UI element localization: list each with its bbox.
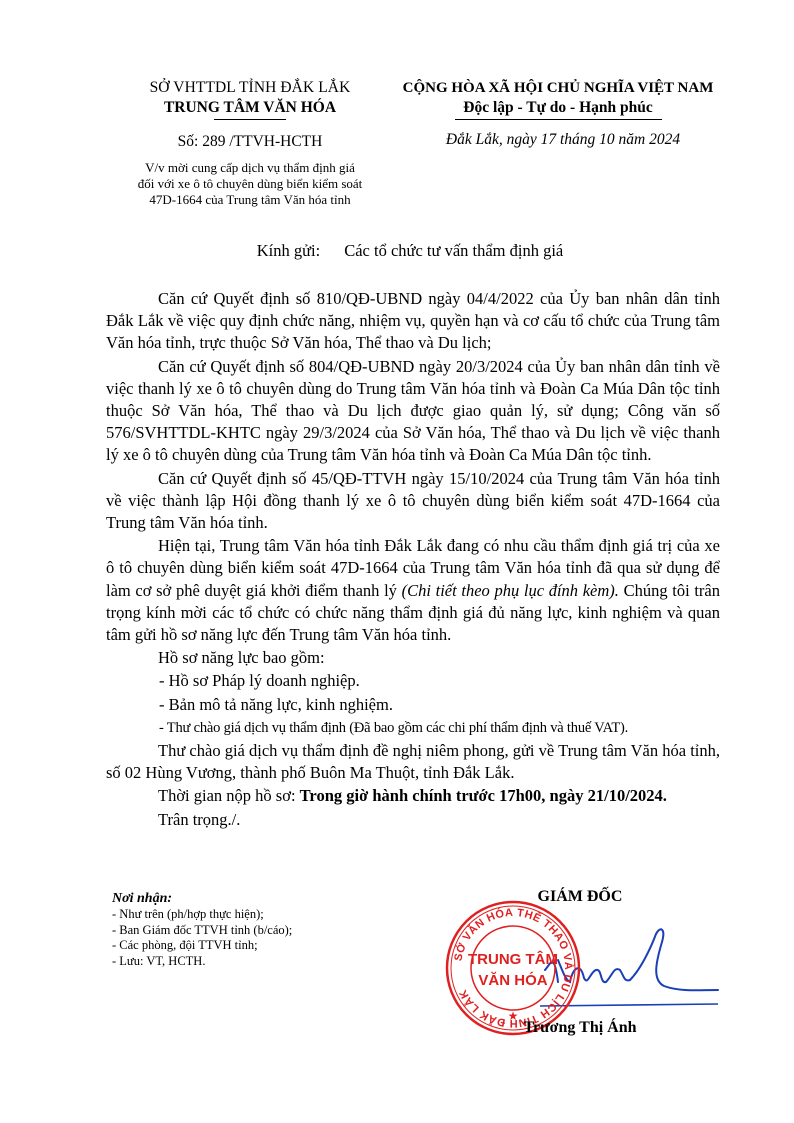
recipient-value: Các tổ chức tư vấn thẩm định giá	[344, 241, 563, 260]
distribution-item: - Các phòng, đội TTVH tỉnh;	[112, 938, 412, 954]
deadline-value: Trong giờ hành chính trước 17h00, ngày 2…	[300, 786, 667, 805]
header-underline	[214, 119, 286, 120]
distribution-title: Nơi nhận:	[112, 890, 412, 907]
unit-name: TRUNG TÂM VĂN HÓA	[100, 98, 400, 118]
dossier-item: - Thư chào giá dịch vụ thẩm định (Đã bao…	[106, 717, 720, 739]
agency-name: SỞ VHTTDL TỈNH ĐẮK LẮK	[100, 78, 400, 98]
recipient-line: Kính gửi:Các tổ chức tư vấn thẩm định gi…	[100, 240, 720, 262]
motto-underline	[455, 119, 662, 120]
distribution-item: - Như trên (ph/hợp thực hiện);	[112, 907, 412, 923]
nation-name: CỘNG HÒA XÃ HỘI CHỦ NGHĨA VIỆT NAM	[396, 78, 720, 98]
letter-body: Căn cứ Quyết định số 810/QĐ-UBND ngày 04…	[106, 288, 720, 832]
issuer-header: SỞ VHTTDL TỈNH ĐẮK LẮK TRUNG TÂM VĂN HÓA…	[100, 78, 400, 208]
distribution-item: - Ban Giám đốc TTVH tỉnh (b/cáo);	[112, 923, 412, 939]
stamp-center-line2: VĂN HÓA	[478, 971, 547, 989]
paragraph-request: Hiện tại, Trung tâm Văn hóa tỉnh Đắk Lắk…	[106, 535, 720, 646]
paragraph-basis-3: Căn cứ Quyết định số 45/QĐ-TTVH ngày 15/…	[106, 468, 720, 535]
dossier-intro: Hồ sơ năng lực bao gồm:	[106, 647, 720, 669]
subject-line: 47D-1664 của Trung tâm Văn hóa tỉnh	[100, 192, 400, 208]
deadline-label: Thời gian nộp hồ sơ:	[158, 786, 300, 805]
paragraph-basis-1: Căn cứ Quyết định số 810/QĐ-UBND ngày 04…	[106, 288, 720, 355]
dossier-item: - Bản mô tả năng lực, kinh nghiệm.	[106, 694, 720, 716]
national-motto: Độc lập - Tự do - Hạnh phúc	[396, 98, 720, 118]
paragraph-basis-2: Căn cứ Quyết định số 804/QĐ-UBND ngày 20…	[106, 356, 720, 467]
subject-line: V/v mời cung cấp dịch vụ thẩm định giá	[100, 160, 400, 176]
national-header: CỘNG HÒA XÃ HỘI CHỦ NGHĨA VIỆT NAM Độc l…	[396, 78, 720, 150]
stamp-center-line1: TRUNG TÂM	[468, 950, 558, 968]
recipient-label: Kính gửi:	[257, 241, 321, 260]
dossier-item: - Hồ sơ Pháp lý doanh nghiệp.	[106, 670, 720, 692]
place-date: Đắk Lắk, ngày 17 tháng 10 năm 2024	[396, 130, 720, 150]
signer-name: Trương Thị Ánh	[430, 1019, 690, 1037]
closing: Trân trọng./.	[106, 809, 720, 831]
paragraph-submission: Thư chào giá dịch vụ thẩm định đề nghị n…	[106, 740, 720, 784]
subject-line: đối với xe ô tô chuyên dùng biển kiểm so…	[100, 176, 400, 192]
distribution-item: - Lưu: VT, HCTH.	[112, 954, 412, 970]
document-number: Số: 289 /TTVH-HCTH	[100, 132, 400, 152]
deadline-line: Thời gian nộp hồ sơ: Trong giờ hành chín…	[106, 785, 720, 807]
official-stamp: SỞ VĂN HÓA THỂ THAO VÀ DU LỊCH TỈNH ĐẮK …	[443, 898, 583, 1038]
appendix-note: (Chi tiết theo phụ lục đính kèm).	[402, 581, 619, 600]
document-subject: V/v mời cung cấp dịch vụ thẩm định giá đ…	[100, 160, 400, 208]
distribution-list: Nơi nhận: - Như trên (ph/hợp thực hiện);…	[112, 890, 412, 969]
